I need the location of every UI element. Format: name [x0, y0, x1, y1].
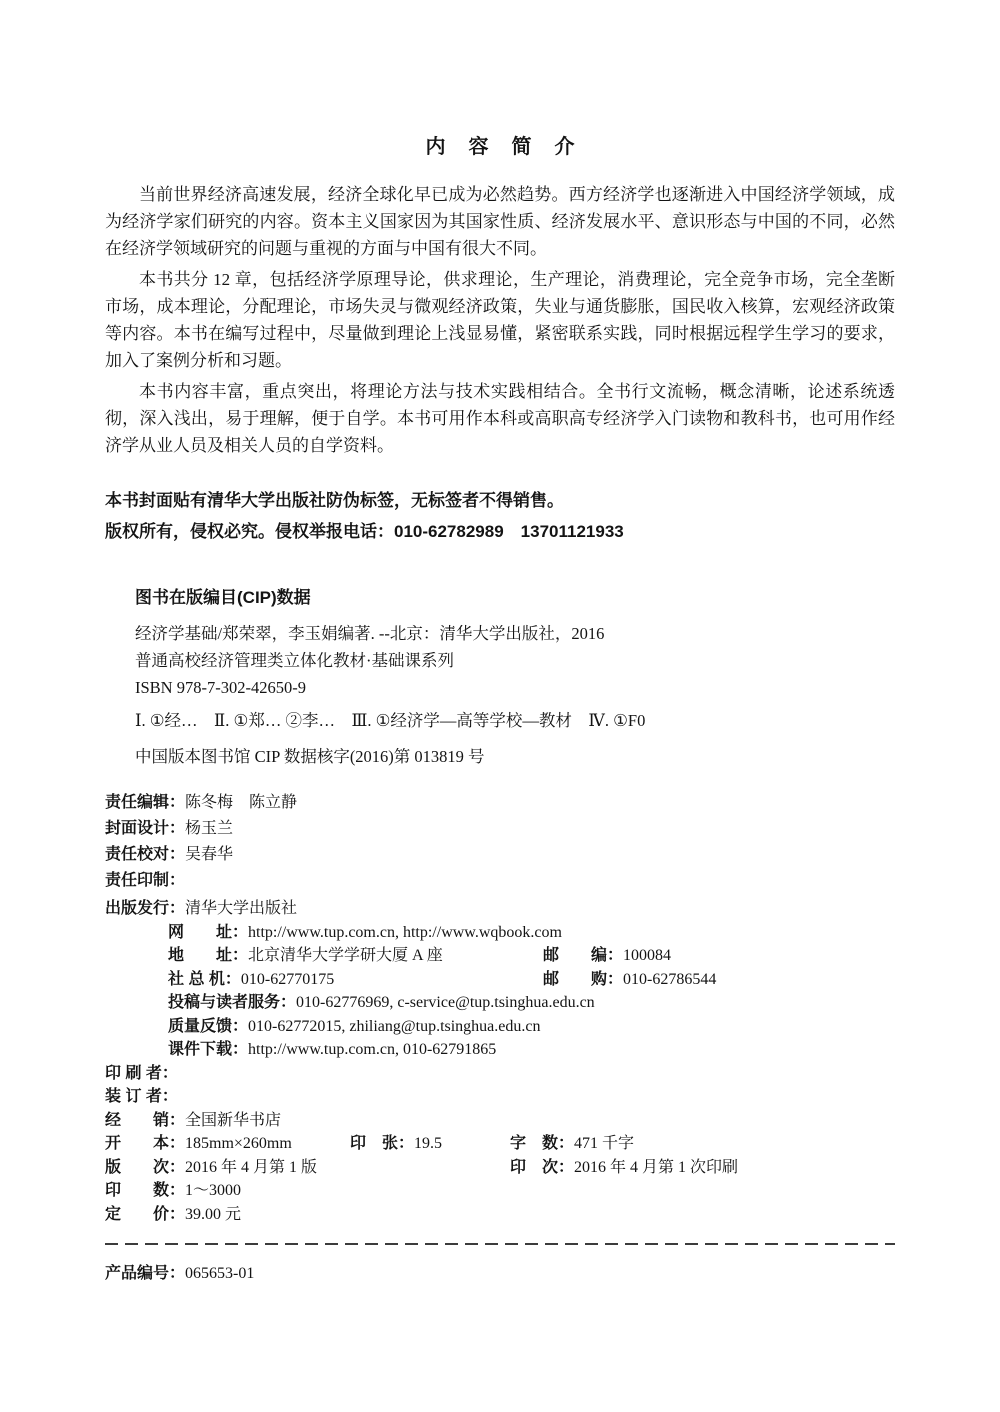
- staff-row-cover-design: 封面设计：杨玉兰: [105, 816, 895, 842]
- row-label: 经 销：: [105, 1112, 185, 1129]
- row-label: 质量反馈：: [168, 1018, 248, 1035]
- row-value: 100084: [623, 947, 671, 964]
- row-value: 19.5: [414, 1135, 442, 1152]
- product-number-label: 产品编号：: [105, 1265, 185, 1282]
- row-label: 邮 购：: [543, 971, 623, 988]
- courseware-download-row: 课件下载：http://www.tup.com.cn, 010-62791865: [105, 1038, 895, 1062]
- quality-feedback-row: 质量反馈：010-62772015, zhiliang@tup.tsinghua…: [105, 1015, 895, 1039]
- cip-record-line: 中国版本图书馆 CIP 数据核字(2016)第 013819 号: [135, 743, 895, 770]
- row-label: 课件下载：: [168, 1041, 248, 1058]
- printer-row: 印 刷 者：: [105, 1062, 895, 1086]
- staff-label: 封面设计：: [105, 820, 185, 837]
- anti-counterfeit-line: 本书封面贴有清华大学出版社防伪标签，无标签者不得销售。: [105, 485, 895, 516]
- row-value: 1～3000: [185, 1182, 241, 1199]
- content-summary: 当前世界经济高速发展，经济全球化早已成为必然趋势。西方经济学也逐渐进入中国经济学…: [105, 181, 895, 459]
- row-value: 全国新华书店: [185, 1112, 281, 1129]
- staff-credits: 责任编辑：陈冬梅 陈立静 封面设计：杨玉兰 责任校对：吴春华 责任印制：: [105, 790, 895, 894]
- row-label: 印 次：: [510, 1159, 574, 1176]
- row-label: 出版发行：: [105, 900, 185, 917]
- address-row: 地 址：北京清华大学学研大厦 A 座 邮 编：100084: [105, 944, 895, 968]
- row-value: 185mm×260mm: [185, 1135, 292, 1152]
- format-row: 开 本：185mm×260mm 印 张：19.5 字 数：471 千字: [105, 1132, 895, 1156]
- row-value: 2016 年 4 月第 1 版: [185, 1159, 317, 1176]
- row-label: 邮 编：: [543, 947, 623, 964]
- cip-heading: 图书在版编目(CIP)数据: [135, 583, 895, 608]
- row-label: 网 址：: [168, 924, 248, 941]
- cip-series-line: 普通高校经济管理类立体化教材·基础课系列: [135, 647, 895, 674]
- page-title: 内 容 简 介: [105, 130, 895, 159]
- cip-classification-line: Ⅰ. ①经… Ⅱ. ①郑… ②李… Ⅲ. ①经济学—高等学校—教材 Ⅳ. ①F0: [135, 707, 895, 734]
- row-value: 010-62776969, c-service@tup.tsinghua.edu…: [296, 994, 595, 1011]
- staff-row-proofreader: 责任校对：吴春华: [105, 842, 895, 868]
- distributor-row: 经 销：全国新华书店: [105, 1109, 895, 1133]
- mail-order-cell: 邮 购：010-62786544: [543, 968, 716, 992]
- row-value: 北京清华大学学研大厦 A 座: [248, 947, 443, 964]
- cip-title-line: 经济学基础/郑荣翠，李玉娟编著. --北京：清华大学出版社，2016: [135, 620, 895, 647]
- row-label: 地 址：: [168, 947, 248, 964]
- row-label: 印 张：: [350, 1135, 414, 1152]
- dashed-divider: [105, 1243, 895, 1245]
- staff-label: 责任印制：: [105, 872, 185, 889]
- isbn-line: ISBN 978-7-302-42650-9: [135, 674, 895, 701]
- sheets-cell: 印 张：19.5: [350, 1132, 442, 1156]
- row-label: 版 次：: [105, 1159, 185, 1176]
- staff-value: 陈冬梅 陈立静: [185, 794, 297, 811]
- staff-label: 责任校对：: [105, 846, 185, 863]
- row-value: 471 千字: [574, 1135, 634, 1152]
- edition-row: 版 次：2016 年 4 月第 1 版 印 次：2016 年 4 月第 1 次印…: [105, 1156, 895, 1180]
- price-row: 定 价：39.00 元: [105, 1203, 895, 1227]
- row-label: 字 数：: [510, 1135, 574, 1152]
- staff-value: 杨玉兰: [185, 820, 233, 837]
- row-label: 印 刷 者：: [105, 1065, 178, 1082]
- publication-details: 出版发行：清华大学出版社 网 址：http://www.tup.com.cn, …: [105, 897, 895, 1226]
- row-value: 2016 年 4 月第 1 次印刷: [574, 1159, 738, 1176]
- summary-paragraph-3: 本书内容丰富，重点突出，将理论方法与技术实践相结合。全书行文流畅，概念清晰，论述…: [105, 378, 895, 459]
- product-number-value: 065653-01: [185, 1265, 254, 1282]
- staff-row-editor: 责任编辑：陈冬梅 陈立静: [105, 790, 895, 816]
- staff-value: 吴春华: [185, 846, 233, 863]
- row-value: 010-62772015, zhiliang@tup.tsinghua.edu.…: [248, 1018, 540, 1035]
- row-value: 010-62770175: [241, 971, 334, 988]
- rights-reserved-line: 版权所有，侵权必究。侵权举报电话：010-62782989 1370112193…: [105, 516, 895, 547]
- row-value: 010-62786544: [623, 971, 716, 988]
- staff-label: 责任编辑：: [105, 794, 185, 811]
- reader-service-row: 投稿与读者服务：010-62776969, c-service@tup.tsin…: [105, 991, 895, 1015]
- website-row: 网 址：http://www.tup.com.cn, http://www.wq…: [105, 921, 895, 945]
- row-value: http://www.tup.com.cn, 010-62791865: [248, 1041, 496, 1058]
- summary-paragraph-2: 本书共分 12 章，包括经济学原理导论，供求理论，生产理论，消费理论，完全竞争市…: [105, 266, 895, 374]
- word-count-cell: 字 数：471 千字: [510, 1132, 634, 1156]
- colophon-page: 内 容 简 介 当前世界经济高速发展，经济全球化早已成为必然趋势。西方经济学也逐…: [0, 0, 1000, 1412]
- staff-row-print-manager: 责任印制：: [105, 868, 895, 894]
- row-value: 39.00 元: [185, 1206, 241, 1223]
- product-number-line: 产品编号：065653-01: [105, 1262, 895, 1286]
- impression-cell: 印 次：2016 年 4 月第 1 次印刷: [510, 1156, 738, 1180]
- row-label: 投稿与读者服务：: [168, 994, 296, 1011]
- publisher-row: 出版发行：清华大学出版社: [105, 897, 895, 921]
- cip-block: 图书在版编目(CIP)数据 经济学基础/郑荣翠，李玉娟编著. --北京：清华大学…: [105, 583, 895, 770]
- row-value: 清华大学出版社: [185, 900, 297, 917]
- row-label: 定 价：: [105, 1206, 185, 1223]
- row-label: 开 本：: [105, 1135, 185, 1152]
- binder-row: 装 订 者：: [105, 1085, 895, 1109]
- print-run-row: 印 数：1～3000: [105, 1179, 895, 1203]
- summary-paragraph-1: 当前世界经济高速发展，经济全球化早已成为必然趋势。西方经济学也逐渐进入中国经济学…: [105, 181, 895, 262]
- row-label: 装 订 者：: [105, 1088, 178, 1105]
- copyright-notice: 本书封面贴有清华大学出版社防伪标签，无标签者不得销售。 版权所有，侵权必究。侵权…: [105, 485, 895, 547]
- postcode-cell: 邮 编：100084: [543, 944, 671, 968]
- row-value: http://www.tup.com.cn, http://www.wqbook…: [248, 924, 562, 941]
- switchboard-row: 社 总 机：010-62770175 邮 购：010-62786544: [105, 968, 895, 992]
- row-label: 印 数：: [105, 1182, 185, 1199]
- row-label: 社 总 机：: [168, 971, 241, 988]
